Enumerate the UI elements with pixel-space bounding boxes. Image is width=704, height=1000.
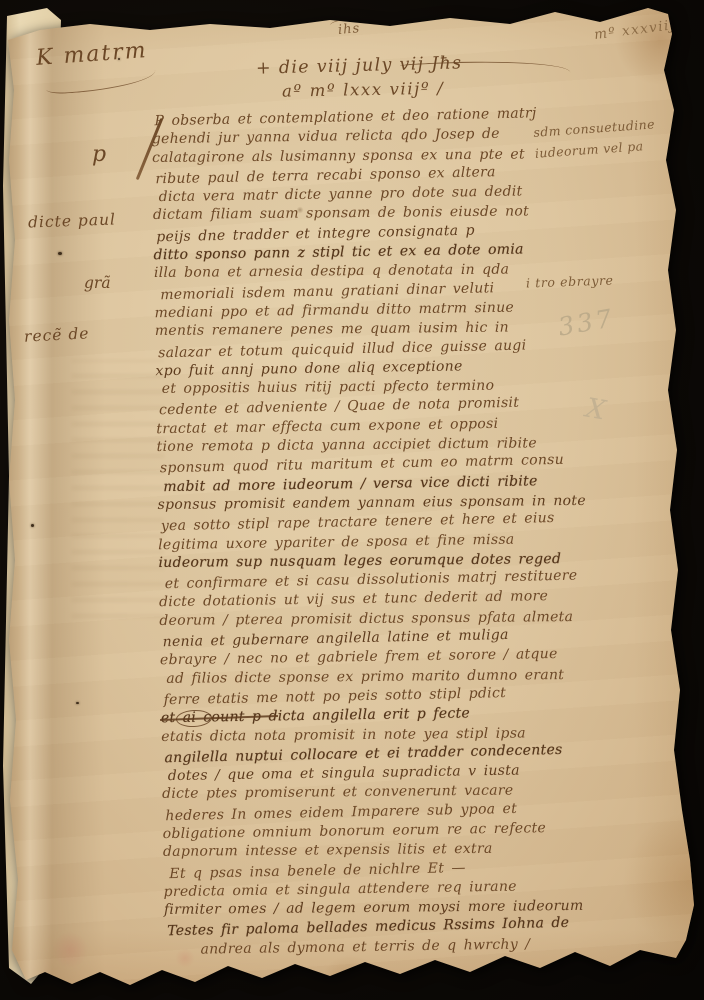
manuscript-body-text: P obserba et contemplatione et deo ratio…	[151, 105, 574, 960]
left-margin-note-dicte-paul: dicte paul	[28, 210, 117, 231]
left-margin-note-p: p	[92, 142, 106, 167]
manuscript-page: ihs mº xxxviij + die viij july vij Jħs a…	[0, 0, 704, 1000]
left-margin-note-rece-de: recẽ de	[24, 324, 90, 345]
left-margin-note-gra: grã	[84, 274, 111, 292]
wormhole-speck	[31, 524, 34, 527]
verso-showthrough	[72, 360, 164, 630]
wormhole-speck	[76, 702, 79, 704]
date-heading-line2: aº mº lxxx viijº /	[282, 78, 463, 100]
manuscript-scan: ihs mº xxxviij + die viij july vij Jħs a…	[0, 0, 704, 1000]
wormhole-speck	[58, 252, 62, 255]
ihs-invocation-mark: ihs	[337, 21, 360, 38]
page-wrap: ihs mº xxxviij + die viij july vij Jħs a…	[0, 0, 704, 1000]
